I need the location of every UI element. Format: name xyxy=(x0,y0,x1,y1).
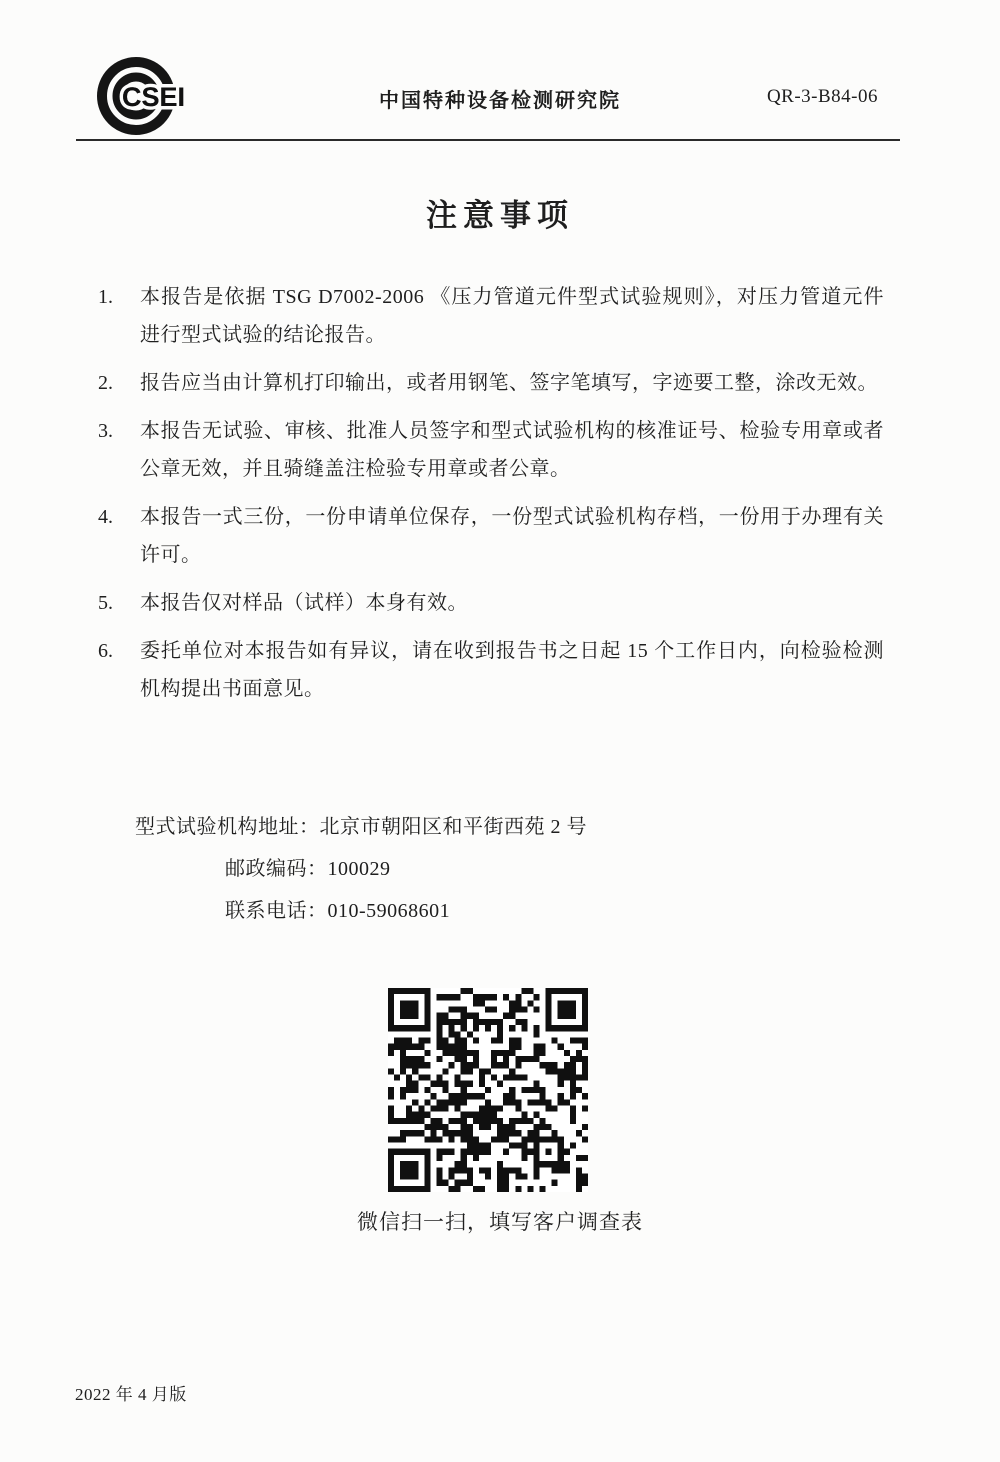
note-number: 4. xyxy=(98,498,124,574)
note-item: 4. 本报告一式三份，一份申请单位保存，一份型式试验机构存档，一份用于办理有关许… xyxy=(98,498,884,574)
phone-label: 联系电话： xyxy=(225,900,328,922)
contact-block: 型式试验机构地址：北京市朝阳区和平街西苑 2 号 邮政编码：100029 联系电… xyxy=(135,806,587,932)
note-item: 2. 报告应当由计算机打印输出，或者用钢笔、签字笔填写，字迹要工整，涂改无效。 xyxy=(98,364,884,402)
postcode-row: 邮政编码：100029 xyxy=(225,848,587,890)
report-notes-page: CSEI CSEI 中国特种设备检测研究院 QR-3-B84-06 注意事项 1… xyxy=(0,0,1000,1462)
note-number: 5. xyxy=(98,584,124,622)
note-number: 6. xyxy=(98,632,124,708)
phone-row: 联系电话：010-59068601 xyxy=(225,890,587,932)
note-text: 委托单位对本报告如有异议，请在收到报告书之日起 15 个工作日内，向检验检测机构… xyxy=(140,632,884,708)
address-label: 型式试验机构地址： xyxy=(135,816,320,838)
note-text: 本报告是依据 TSG D7002-2006 《压力管道元件型式试验规则》，对压力… xyxy=(140,278,884,354)
wechat-qr-code xyxy=(388,988,588,1192)
note-text: 本报告一式三份，一份申请单位保存，一份型式试验机构存档，一份用于办理有关许可。 xyxy=(140,498,884,574)
note-item: 6. 委托单位对本报告如有异议，请在收到报告书之日起 15 个工作日内，向检验检… xyxy=(98,632,884,708)
note-text: 报告应当由计算机打印输出，或者用钢笔、签字笔填写，字迹要工整，涂改无效。 xyxy=(140,364,884,402)
note-text: 本报告无试验、审核、批准人员签字和型式试验机构的核准证号、检验专用章或者公章无效… xyxy=(140,412,884,488)
note-item: 5. 本报告仅对样品（试样）本身有效。 xyxy=(98,584,884,622)
note-number: 3. xyxy=(98,412,124,488)
note-number: 2. xyxy=(98,364,124,402)
document-code: QR-3-B84-06 xyxy=(767,86,878,108)
page-title: 注意事项 xyxy=(0,190,1000,235)
note-item: 1. 本报告是依据 TSG D7002-2006 《压力管道元件型式试验规则》，… xyxy=(98,278,884,354)
note-item: 3. 本报告无试验、审核、批准人员签字和型式试验机构的核准证号、检验专用章或者公… xyxy=(98,412,884,488)
header-divider xyxy=(76,139,900,141)
footer-version: 2022 年 4 月版 xyxy=(75,1380,187,1405)
postcode-label: 邮政编码： xyxy=(225,858,328,880)
phone-value: 010-59068601 xyxy=(328,900,451,922)
qr-caption: 微信扫一扫，填写客户调查表 xyxy=(0,1206,1000,1236)
notes-list: 1. 本报告是依据 TSG D7002-2006 《压力管道元件型式试验规则》，… xyxy=(98,278,884,718)
note-text: 本报告仅对样品（试样）本身有效。 xyxy=(140,584,884,622)
address-value: 北京市朝阳区和平街西苑 2 号 xyxy=(320,816,588,838)
note-number: 1. xyxy=(98,278,124,354)
postcode-value: 100029 xyxy=(328,858,391,880)
address-row: 型式试验机构地址：北京市朝阳区和平街西苑 2 号 xyxy=(135,806,587,848)
